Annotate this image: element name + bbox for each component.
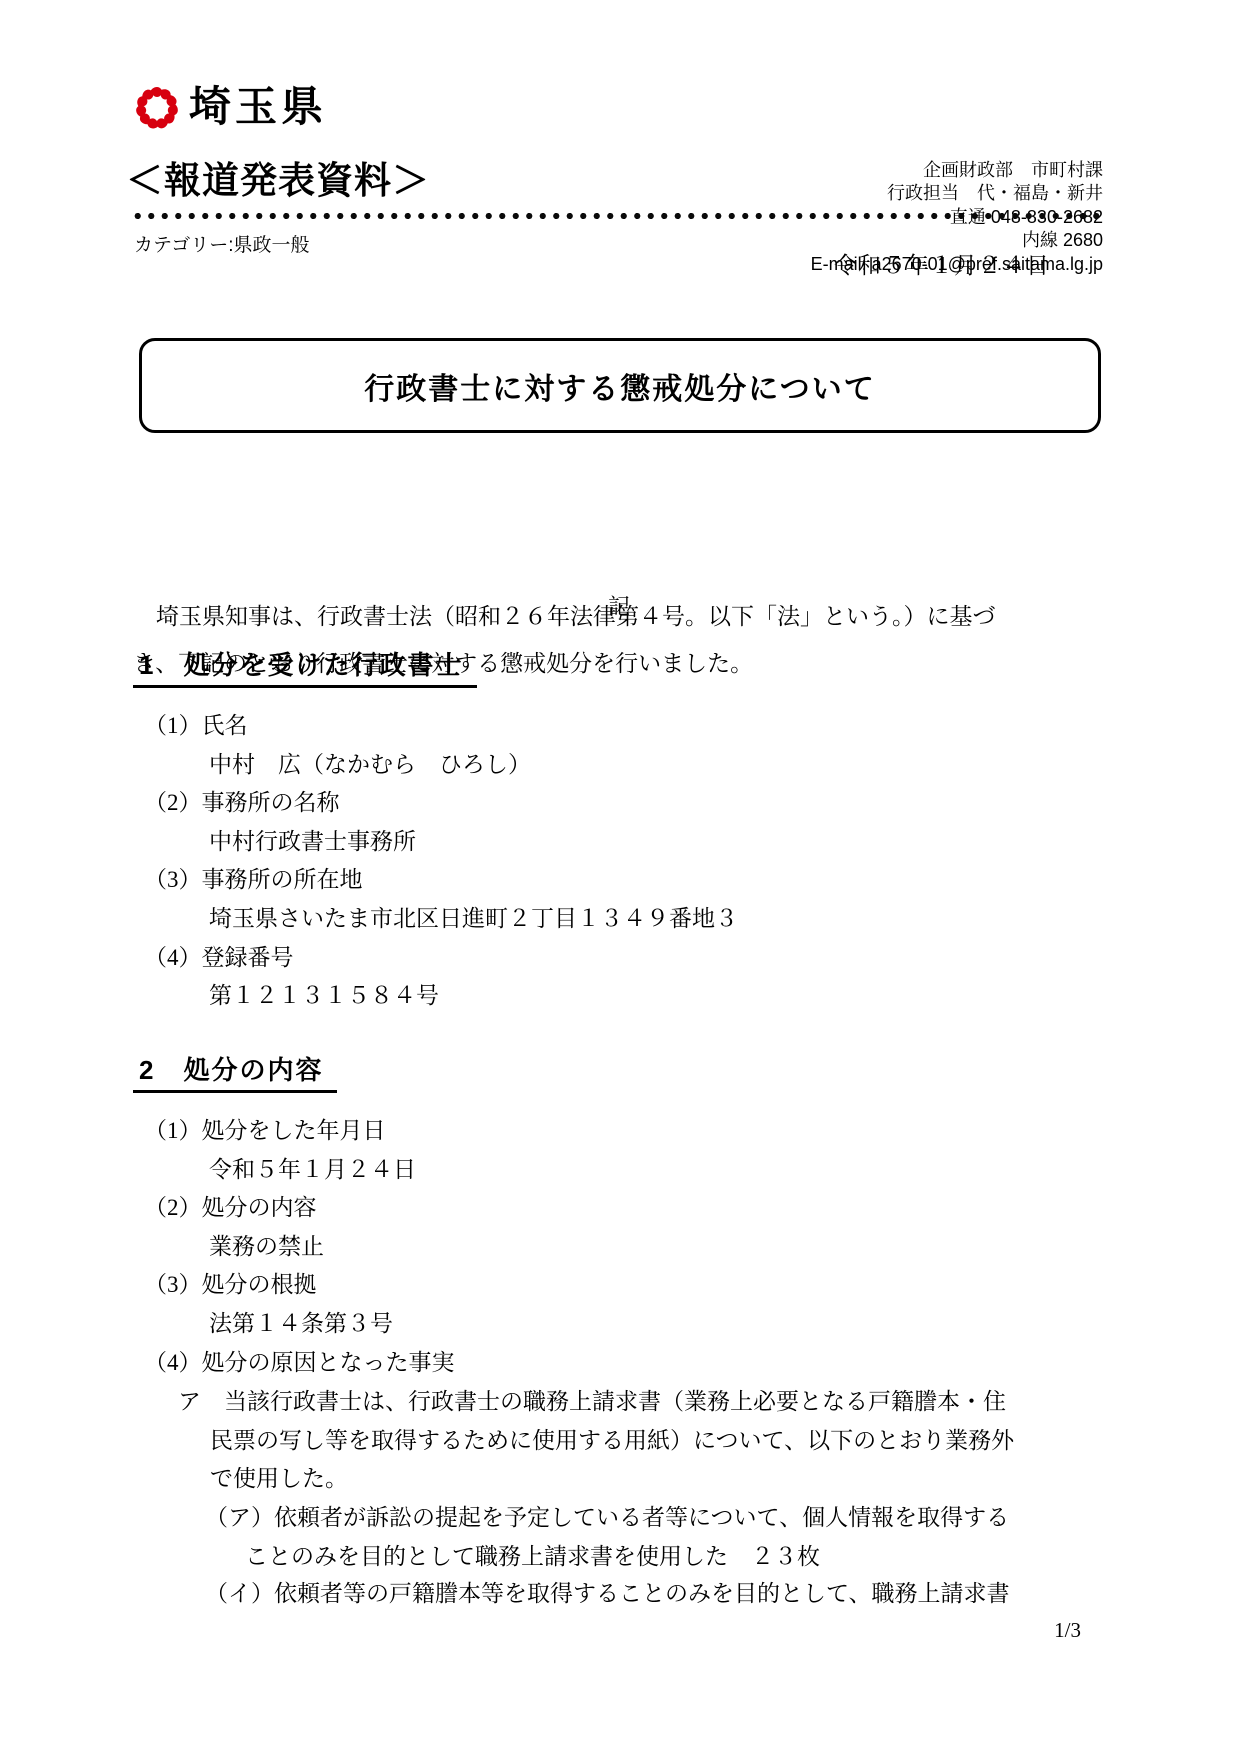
page-number: 1/3 bbox=[1054, 1618, 1081, 1643]
section-2: 2 処分の内容 （1）処分をした年月日令和５年１月２４日（2）処分の内容業務の禁… bbox=[133, 1050, 1014, 1614]
ki-marker: 記 bbox=[133, 590, 1105, 621]
dotted-separator bbox=[131, 212, 1105, 220]
content-line: 法第１４条第３号 bbox=[133, 1305, 1014, 1344]
content-line: （1）氏名 bbox=[133, 707, 738, 746]
section-2-heading: 2 処分の内容 bbox=[133, 1050, 337, 1093]
press-release-page: 埼玉県 企画財政部 市町村課行政担当 代・福島・新井直通 048-830-268… bbox=[0, 0, 1241, 1755]
agency-name: 埼玉県 bbox=[189, 82, 327, 134]
content-line: （1）処分をした年月日 bbox=[133, 1112, 1014, 1151]
content-line: （ア）依頼者が訴訟の提起を予定している者等について、個人情報を取得する bbox=[133, 1498, 1014, 1537]
category-label: カテゴリー:県政一般 bbox=[134, 230, 310, 257]
content-line: ア 当該行政書士は、行政書士の職務上請求書（業務上必要となる戸籍謄本・住 bbox=[133, 1382, 1014, 1421]
section-1: 1 処分を受けた行政書士 （1）氏名中村 広（なかむら ひろし）（2）事務所の名… bbox=[133, 645, 738, 1016]
doc-type-label: ＜報道発表資料＞ bbox=[126, 150, 430, 204]
content-line: （イ）依頼者等の戸籍謄本等を取得することのみを目的として、職務上請求書 bbox=[133, 1575, 1014, 1614]
agency-header: 埼玉県 bbox=[131, 82, 327, 134]
content-line: 民票の写し等を取得するために使用する用紙）について、以下のとおり業務外 bbox=[133, 1421, 1014, 1460]
contact-line: 企画財政部 市町村課 bbox=[811, 159, 1103, 183]
content-line: 中村 広（なかむら ひろし） bbox=[133, 746, 738, 785]
content-line: 中村行政書士事務所 bbox=[133, 823, 738, 862]
content-line: 業務の禁止 bbox=[133, 1228, 1014, 1267]
saitama-emblem-icon bbox=[131, 82, 183, 134]
content-line: 令和５年１月２４日 bbox=[133, 1151, 1014, 1190]
content-line: 第１２１３１５８４号 bbox=[133, 977, 738, 1016]
content-line: ことのみを目的として職務上請求書を使用した ２３枚 bbox=[133, 1537, 1014, 1576]
content-line: （2）処分の内容 bbox=[133, 1189, 1014, 1228]
release-date: 令和５年１月２４日 bbox=[834, 247, 1050, 280]
content-line: （4）登録番号 bbox=[133, 939, 738, 978]
content-line: （3）処分の根拠 bbox=[133, 1266, 1014, 1305]
section-2-lines: （1）処分をした年月日令和５年１月２４日（2）処分の内容業務の禁止（3）処分の根… bbox=[133, 1112, 1014, 1614]
contact-line: 行政担当 代・福島・新井 bbox=[811, 182, 1103, 206]
content-line: で使用した。 bbox=[133, 1459, 1014, 1498]
document-title: 行政書士に対する懲戒処分について bbox=[364, 364, 875, 408]
content-line: （4）処分の原因となった事実 bbox=[133, 1344, 1014, 1383]
title-box: 行政書士に対する懲戒処分について bbox=[139, 338, 1101, 433]
content-line: 埼玉県さいたま市北区日進町２丁目１３４９番地３ bbox=[133, 900, 738, 939]
section-1-heading: 1 処分を受けた行政書士 bbox=[133, 645, 477, 688]
content-line: （2）事務所の名称 bbox=[133, 784, 738, 823]
section-1-lines: （1）氏名中村 広（なかむら ひろし）（2）事務所の名称中村行政書士事務所（3）… bbox=[133, 707, 738, 1016]
content-line: （3）事務所の所在地 bbox=[133, 861, 738, 900]
